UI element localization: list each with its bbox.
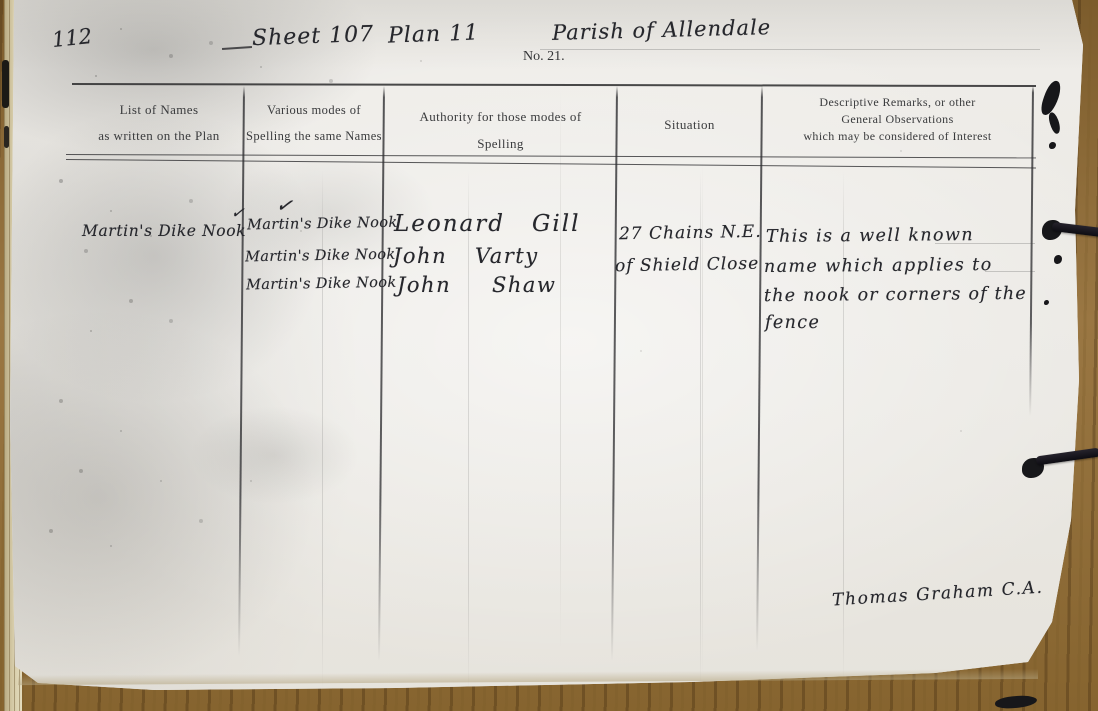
- spine-binding-mark: [2, 60, 9, 108]
- header-authority: Authority for those modes of Spelling: [385, 103, 616, 157]
- authority-last-name: Shaw: [492, 273, 556, 297]
- authority-first-name: John: [397, 273, 451, 297]
- page-number: 112: [51, 24, 93, 52]
- paper-crease: [560, 90, 561, 650]
- header-line: Descriptive Remarks, or other: [763, 94, 1032, 111]
- parish-ruled-line: [540, 49, 1040, 50]
- authority-first-name: John: [393, 244, 447, 268]
- remarks-line: the nook or corners of the: [764, 284, 1027, 306]
- spelling-entry: Martin's Dike Nook: [245, 247, 396, 266]
- header-line: Various modes of: [245, 97, 383, 123]
- header-line: List of Names: [75, 97, 243, 123]
- situation-line: of Shield Close: [615, 254, 760, 277]
- header-line: as written on the Plan: [75, 123, 243, 149]
- authority-entry: John Varty: [393, 244, 623, 274]
- situation-line: 27 Chains N.E.: [619, 222, 762, 244]
- authority-entry: John Shaw: [397, 273, 627, 303]
- check-mark: ✓: [230, 202, 245, 222]
- remarks-line: fence: [765, 313, 820, 333]
- paper-speckle-texture: [0, 0, 2, 2]
- remarks-line: This is a well known: [766, 225, 974, 247]
- header-remarks: Descriptive Remarks, or other General Ob…: [763, 94, 1032, 145]
- authority-first-name: Leonard: [394, 211, 505, 237]
- header-line: Spelling the same Names: [245, 123, 383, 149]
- authority-last-name: Gill: [532, 211, 580, 237]
- name-on-plan: Martin's Dike Nook: [82, 222, 246, 240]
- page-no-printed: No. 21.: [523, 49, 565, 65]
- header-line: Spelling: [385, 130, 616, 157]
- remarks-line: name which applies to: [764, 255, 993, 277]
- show-through-line: [700, 170, 701, 690]
- header-various-modes: Various modes of Spelling the same Names: [245, 97, 383, 149]
- header-situation: Situation: [618, 117, 761, 133]
- authority-last-name: Varty: [475, 244, 539, 268]
- binding-tie-shadow: [995, 695, 1038, 709]
- plan-label: Plan 11: [388, 20, 480, 48]
- sheet-label: Sheet 107: [252, 22, 375, 51]
- spelling-entry: Martin's Dike Nook: [247, 215, 398, 234]
- scanned-ledger-photo: { "document": { "page_number": "112", "s…: [0, 0, 1098, 711]
- spelling-entry: Martin's Dike Nook: [246, 275, 397, 294]
- spine-binding-mark: [4, 126, 9, 148]
- header-line: Authority for those modes of: [385, 103, 616, 130]
- header-line: which may be considered of Interest: [763, 128, 1032, 145]
- header-line: General Observations: [763, 111, 1032, 128]
- authority-entry: Leonard Gill: [394, 211, 624, 241]
- check-mark: ✓: [274, 192, 294, 218]
- header-list-of-names: List of Names as written on the Plan: [75, 97, 243, 149]
